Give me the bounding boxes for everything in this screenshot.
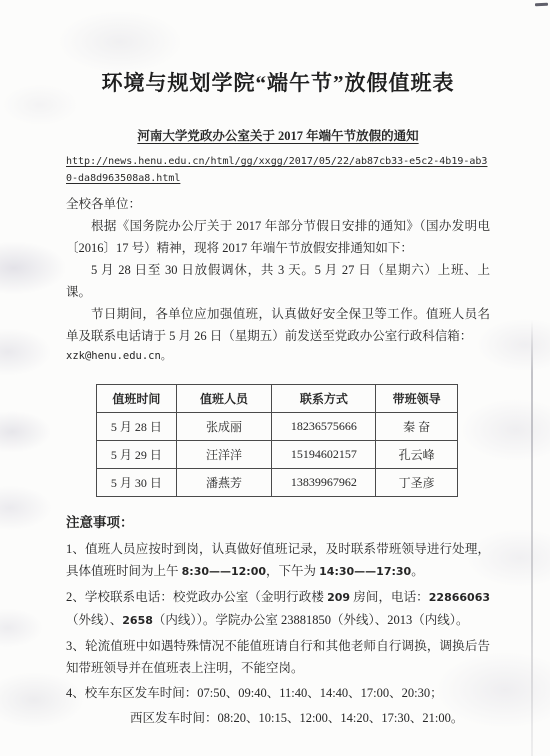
cell-leader: 丁圣彦 <box>376 469 458 497</box>
column-header-contact: 联系方式 <box>272 385 376 413</box>
contact-email: xzk@henu.edu.cn。 <box>66 347 490 366</box>
column-header-leader: 带班领导 <box>376 385 458 413</box>
cell-contact: 15194602157 <box>272 441 376 469</box>
cell-duty-date: 5 月 30 日 <box>97 469 177 497</box>
cell-duty-person: 潘燕芳 <box>176 469 272 497</box>
paragraph-duty-requirement: 节日期间，各单位应加强值班，认真做好安全保卫等工作。值班人员名单及联系电话请于 … <box>66 303 490 347</box>
page-edge-shadow <box>531 320 533 756</box>
paragraph-holiday-dates: 5 月 28 日至 30 日放假调休，共 3 天。5 月 27 日（星期六）上班… <box>66 259 490 303</box>
cell-leader: 秦 奋 <box>376 413 458 441</box>
duty-roster-table: 值班时间 值班人员 联系方式 带班领导 5 月 28 日 张成丽 1823657… <box>96 384 458 497</box>
cell-duty-person: 汪洋洋 <box>176 441 272 469</box>
cell-contact: 13839967962 <box>272 469 376 497</box>
note-shift-swap: 3、轮流值班中如遇特殊情况不能值班请自行和其他老师自行调换，调换后告知带班领导并… <box>66 635 490 679</box>
cell-contact: 18236575666 <box>272 413 376 441</box>
table-row: 5 月 30 日 潘燕芳 13839967962 丁圣彦 <box>97 469 458 497</box>
cell-duty-person: 张成丽 <box>176 413 272 441</box>
notice-url: http://news.henu.edu.cn/html/gg/xxgg/201… <box>66 153 490 187</box>
table-row: 5 月 29 日 汪洋洋 15194602157 孔云峰 <box>97 441 458 469</box>
scan-corner-mark <box>535 3 548 6</box>
cell-leader: 孔云峰 <box>376 441 458 469</box>
table-row: 5 月 28 日 张成丽 18236575666 秦 奋 <box>97 413 458 441</box>
notice-subtitle: 河南大学党政办公室关于 2017 年端午节放假的通知 <box>66 128 490 145</box>
cell-duty-date: 5 月 29 日 <box>97 441 177 469</box>
notice-subtitle-text: 河南大学党政办公室关于 2017 年端午节放假的通知 <box>137 129 418 143</box>
scanned-document-page: 环境与规划学院“端午节”放假值班表 河南大学党政办公室关于 2017 年端午节放… <box>0 0 550 756</box>
document-content: 环境与规划学院“端午节”放假值班表 河南大学党政办公室关于 2017 年端午节放… <box>66 0 490 729</box>
column-header-duty-person: 值班人员 <box>176 385 272 413</box>
note-contact-phones: 2、学校联系电话：校党政办公室（金明行政楼 209 房间，电话：22866063… <box>66 586 490 632</box>
column-header-duty-date: 值班时间 <box>97 385 177 413</box>
salutation-line: 全校各单位： <box>66 193 490 215</box>
paragraph-basis: 根据《国务院办公厅关于 2017 年部分节假日安排的通知》（国办发明电〔2016… <box>66 215 490 259</box>
notes-heading: 注意事项： <box>66 511 490 535</box>
cell-duty-date: 5 月 28 日 <box>97 413 177 441</box>
note-duty-hours: 1、值班人员应按时到岗，认真做好值班记录，及时联系带班领导进行处理，具体值班时间… <box>66 538 490 583</box>
document-title: 环境与规划学院“端午节”放假值班表 <box>66 68 490 98</box>
table-header-row: 值班时间 值班人员 联系方式 带班领导 <box>97 385 458 413</box>
note-bus-schedule-east: 4、校车东区发车时间：07:50、09:40、11:40、14:40、17:00… <box>66 682 490 704</box>
note-bus-schedule-west: 西区发车时间：08:20、10:15、12:00、14:20、17:30、21:… <box>66 707 490 729</box>
